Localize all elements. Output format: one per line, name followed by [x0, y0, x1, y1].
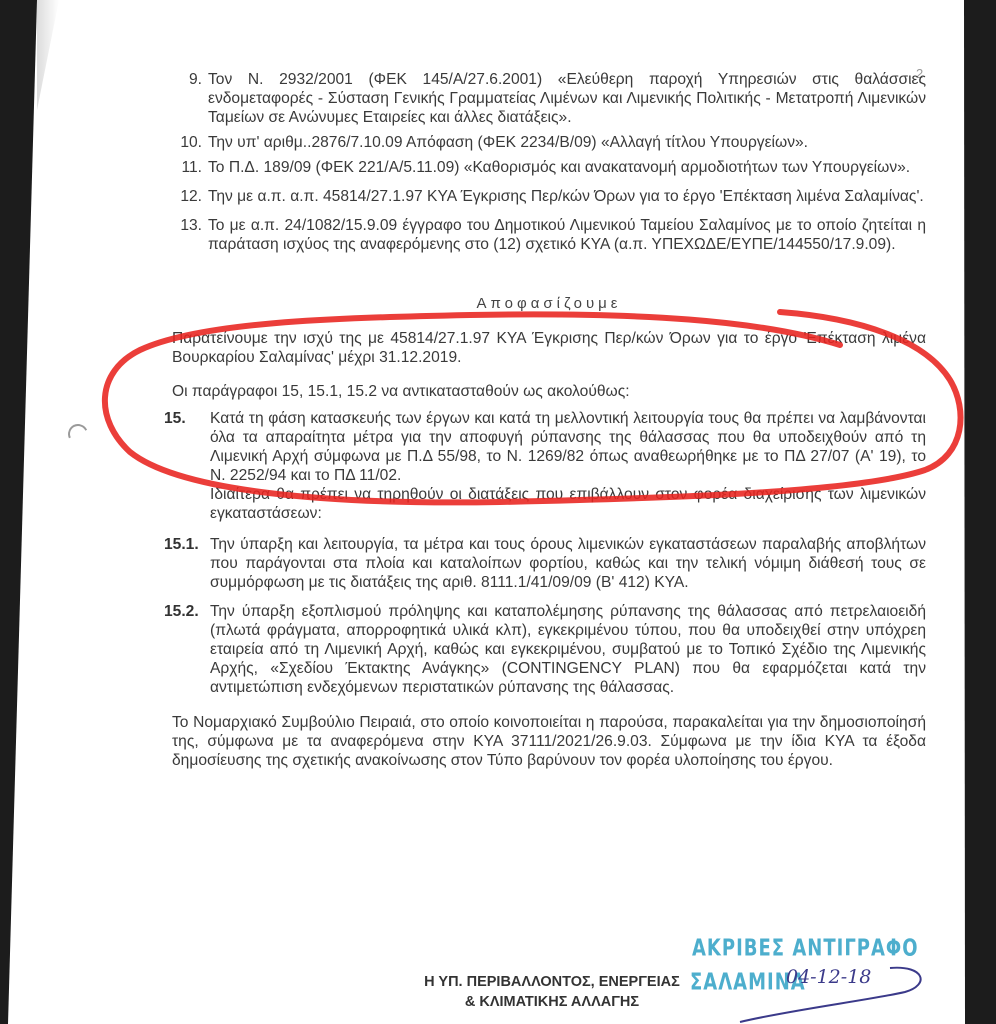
- reference-number: 10.: [172, 133, 208, 152]
- paragraph-number: 15.2.: [164, 602, 210, 697]
- reference-number: 13.: [172, 216, 208, 254]
- stamp-line-1: ΑΚΡΙΒΕΣ ΑΝΤΙΓΡΑΦΟ: [692, 935, 919, 962]
- reference-number: 12.: [172, 187, 208, 206]
- reference-number: 9.: [172, 70, 208, 127]
- closing-paragraph: Το Νομαρχιακό Συμβούλιο Πειραιά, στο οπο…: [172, 713, 926, 770]
- reference-text: Την υπ' αριθμ..2876/7.10.09 Απόφαση (ΦΕΚ…: [208, 133, 926, 152]
- reference-text: Τον Ν. 2932/2001 (ΦΕΚ 145/Α/27.6.2001) «…: [208, 70, 926, 127]
- paragraph-number: 15.: [164, 409, 210, 523]
- certified-copy-stamp: ΑΚΡΙΒΕΣ ΑΝΤΙΓΡΑΦΟ ΣΑΛΑΜΙΝΑ: [692, 938, 919, 959]
- paragraph-text-continued: Ιδιαίτερα θα πρέπει να τηρηθούν οι διατά…: [210, 485, 926, 523]
- paragraph-text: Την ύπαρξη εξοπλισμού πρόληψης και καταπ…: [210, 602, 926, 697]
- references-list: 9. Τον Ν. 2932/2001 (ΦΕΚ 145/Α/27.6.2001…: [172, 70, 926, 254]
- reference-number: 11.: [172, 158, 208, 177]
- extension-paragraph: Παρατείνουμε την ισχύ της με 45814/27.1.…: [172, 329, 926, 367]
- reference-item: 13. Το με α.π. 24/1082/15.9.09 έγγραφο τ…: [172, 216, 926, 254]
- signatory-block: Η ΥΠ. ΠΕΡΙΒΑΛΛΟΝΤΟΣ, ΕΝΕΡΓΕΙΑΣ & ΚΛΙΜΑΤΙ…: [392, 972, 712, 1012]
- signatory-line-1: Η ΥΠ. ΠΕΡΙΒΑΛΛΟΝΤΟΣ, ΕΝΕΡΓΕΙΑΣ: [392, 972, 712, 992]
- paragraph-15-2: 15.2. Την ύπαρξη εξοπλισμού πρόληψης και…: [164, 602, 926, 697]
- paragraph-text: Κατά τη φάση κατασκευής των έργων και κα…: [210, 409, 926, 485]
- reference-text: Την με α.π. α.π. 45814/27.1.97 ΚΥΑ Έγκρι…: [208, 187, 926, 206]
- paragraph-15-1: 15.1. Την ύπαρξη και λειτουργία, τα μέτρ…: [164, 535, 926, 592]
- signatory-line-2: & ΚΛΙΜΑΤΙΚΗΣ ΑΛΛΑΓΗΣ: [392, 992, 712, 1012]
- handwritten-date: 04-12-18: [786, 966, 871, 988]
- reference-item: 9. Τον Ν. 2932/2001 (ΦΕΚ 145/Α/27.6.2001…: [172, 70, 926, 127]
- document-body: 9. Τον Ν. 2932/2001 (ΦΕΚ 145/Α/27.6.2001…: [172, 70, 926, 770]
- reference-text: Το Π.Δ. 189/09 (ΦΕΚ 221/Α/5.11.09) «Καθο…: [208, 158, 926, 177]
- paragraph-15: 15. Κατά τη φάση κατασκευής των έργων κα…: [164, 409, 926, 523]
- reference-item: 12. Την με α.π. α.π. 45814/27.1.97 ΚΥΑ Έ…: [172, 187, 926, 206]
- reference-item: 10. Την υπ' αριθμ..2876/7.10.09 Απόφαση …: [172, 133, 926, 152]
- paragraph-number: 15.1.: [164, 535, 210, 592]
- reference-text: Το με α.π. 24/1082/15.9.09 έγγραφο του Δ…: [208, 216, 926, 254]
- replace-paragraph: Οι παράγραφοι 15, 15.1, 15.2 να αντικατα…: [172, 382, 926, 401]
- paragraph-text: Την ύπαρξη και λειτουργία, τα μέτρα και …: [210, 535, 926, 592]
- reference-item: 11. Το Π.Δ. 189/09 (ΦΕΚ 221/Α/5.11.09) «…: [172, 158, 926, 177]
- decision-heading: Αποφασίζουμε: [172, 294, 926, 313]
